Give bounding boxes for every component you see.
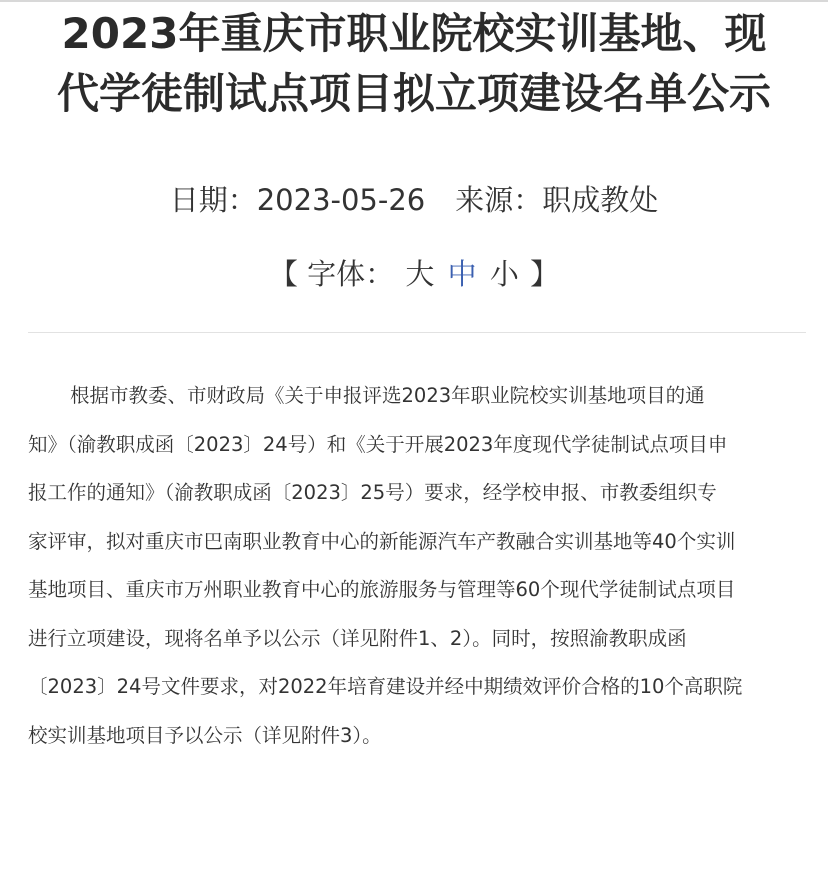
article-title-line-1: 2023年重庆市职业院校实训基地、现 — [0, 4, 828, 64]
article-title: 2023年重庆市职业院校实训基地、现 代学徒制试点项目拟立项建设名单公示 — [0, 4, 828, 124]
publish-date: 2023-05-26 — [257, 183, 426, 217]
article-body: 根据市教委、市财政局《关于申报评选2023年职业院校实训基地项目的通 知》（渝教… — [28, 372, 808, 760]
body-line: 家评审，拟对重庆市巴南职业教育中心的新能源汽车产教融合实训基地等40个实训 — [28, 518, 808, 567]
article-meta: 日期：2023-05-26来源：职成教处 — [0, 176, 828, 224]
font-size-medium[interactable]: 中 — [446, 257, 479, 291]
top-border — [0, 0, 828, 2]
body-line: 知》（渝教职成函〔2023〕24号）和《关于开展2023年度现代学徒制试点项目申 — [28, 421, 808, 470]
separator — [28, 332, 806, 333]
body-line: 校实训基地项目予以公示（详见附件3）。 — [28, 712, 808, 761]
body-line: 进行立项建设，现将名单予以公示（详见附件1、2）。同时，按照渝教职成函 — [28, 615, 808, 664]
font-size-large[interactable]: 大 — [403, 257, 436, 291]
close-bracket: 】 — [530, 257, 559, 291]
source-label: 来源： — [455, 183, 542, 217]
source-value: 职成教处 — [542, 183, 658, 217]
font-size-control: 【 字体： 大 中 小 】 — [0, 250, 828, 298]
open-bracket: 【 — [269, 257, 298, 291]
date-label: 日期： — [170, 183, 257, 217]
body-line: 根据市教委、市财政局《关于申报评选2023年职业院校实训基地项目的通 — [28, 372, 808, 421]
font-size-label: 字体： — [307, 257, 394, 291]
body-line: 报工作的通知》（渝教职成函〔2023〕25号）要求，经学校申报、市教委组织专 — [28, 469, 808, 518]
body-line: 基地项目、重庆市万州职业教育中心的旅游服务与管理等60个现代学徒制试点项目 — [28, 566, 808, 615]
body-line: 〔2023〕24号文件要求，对2022年培育建设并经中期绩效评价合格的10个高职… — [28, 663, 808, 712]
font-size-small[interactable]: 小 — [488, 257, 521, 291]
article-title-line-2: 代学徒制试点项目拟立项建设名单公示 — [0, 64, 828, 124]
